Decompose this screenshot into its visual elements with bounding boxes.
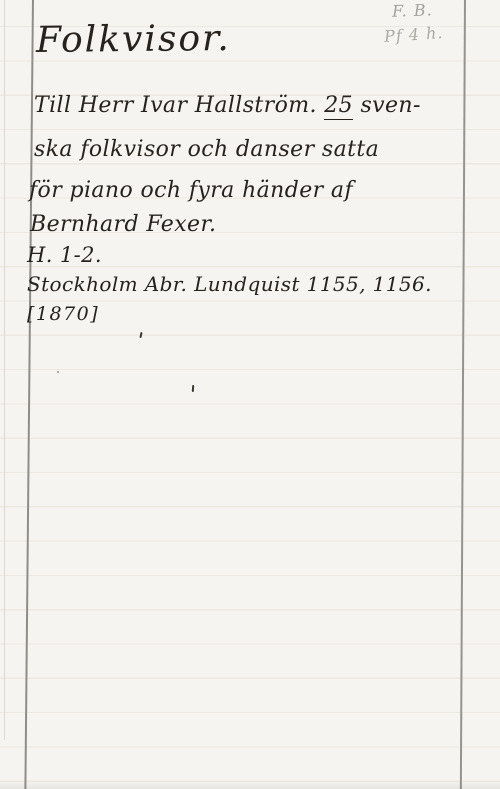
pencil-note-initials: F. B. (392, 0, 433, 20)
dedication-line: Till Herr Ivar Hallström. 25 sven- (34, 94, 421, 118)
title-heading: Folkvisor. (36, 19, 231, 61)
subtitle-line-2: ska folkvisor och danser satta (34, 138, 379, 162)
paper-edge-line (4, 0, 5, 740)
dedication-prefix: Till Herr Ivar Hallström. (34, 93, 324, 118)
dedication-suffix: sven- (353, 93, 421, 118)
subtitle-line-3: för piano och fyra händer af (29, 179, 353, 203)
volumes-line: H. 1-2. (27, 244, 102, 267)
dedication-number-underlined: 25 (324, 93, 353, 120)
author-line: Bernhard Fexer. (30, 213, 216, 237)
ruled-lines (0, 0, 500, 789)
year-line: [1870] (27, 304, 99, 325)
scan-bottom-shadow (0, 781, 500, 789)
scanned-catalog-card: F. B. Pf 4 h. Folkvisor. Till Herr Ivar … (0, 0, 500, 789)
imprint-line: Stockholm Abr. Lundquist 1155, 1156. (27, 273, 432, 295)
ink-speck (57, 371, 59, 373)
